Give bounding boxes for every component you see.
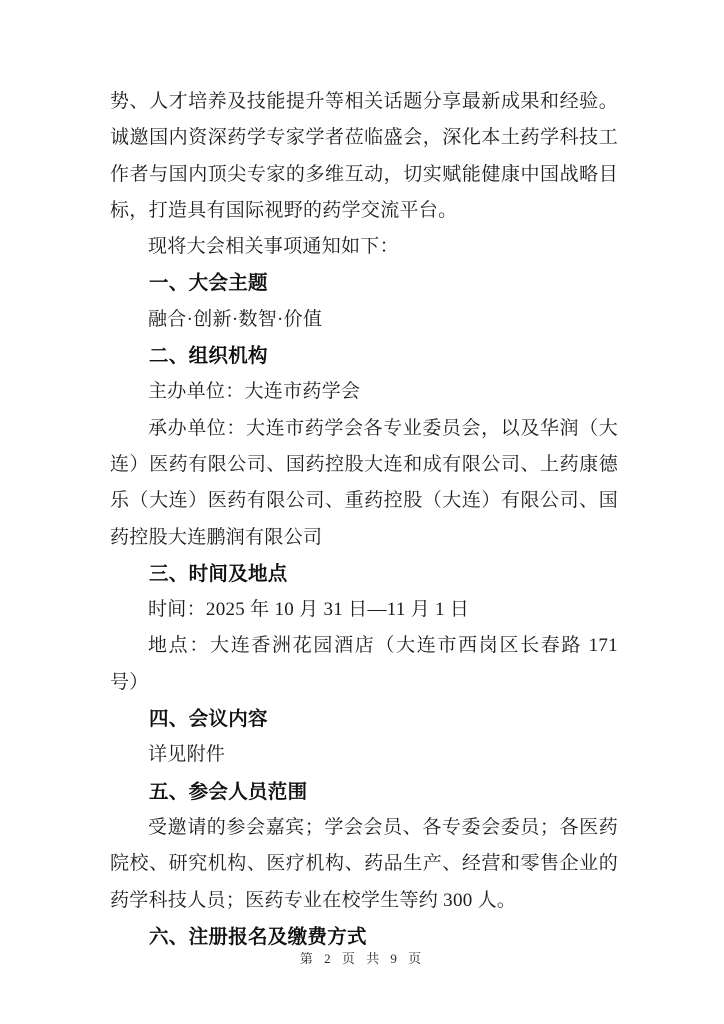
- heading-conference-content: 四、会议内容: [110, 701, 618, 737]
- document-page: 势、人才培养及技能提升等相关话题分享最新成果和经验。诚邀国内资深药学专家学者莅临…: [0, 0, 724, 1024]
- paragraph-attendees: 受邀请的参会嘉宾；学会会员、各专委会委员；各医药院校、研究机构、医疗机构、药品生…: [110, 810, 618, 919]
- paragraph-continuation: 势、人才培养及技能提升等相关话题分享最新成果和经验。诚邀国内资深药学专家学者莅临…: [110, 84, 618, 229]
- page-number-footer: 第 2 页 共 9 页: [0, 948, 724, 967]
- paragraph-see-attachment: 详见附件: [110, 737, 618, 773]
- paragraph-location: 地点：大连香洲花园酒店（大连市西岗区长春路 171 号）: [110, 628, 618, 701]
- paragraph-time: 时间：2025 年 10 月 31 日—11 月 1 日: [110, 592, 618, 628]
- document-body: 势、人才培养及技能提升等相关话题分享最新成果和经验。诚邀国内资深药学专家学者莅临…: [110, 84, 618, 955]
- paragraph-host-unit: 主办单位：大连市药学会: [110, 374, 618, 410]
- heading-time-location: 三、时间及地点: [110, 556, 618, 592]
- paragraph-organizer-units: 承办单位：大连市药学会各专业委员会，以及华润（大连）医药有限公司、国药控股大连和…: [110, 411, 618, 556]
- paragraph-theme-slogan: 融合·创新·数智·价值: [110, 302, 618, 338]
- paragraph-notice-intro: 现将大会相关事项通知如下：: [110, 229, 618, 265]
- heading-attendee-scope: 五、参会人员范围: [110, 774, 618, 810]
- heading-organization: 二、组织机构: [110, 338, 618, 374]
- heading-conference-theme: 一、大会主题: [110, 265, 618, 301]
